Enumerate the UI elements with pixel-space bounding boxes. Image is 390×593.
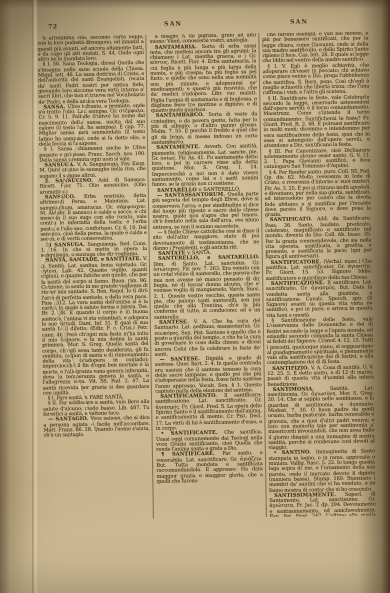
dictionary-entry: SANTIFICATORE. (Verbal. masc.) Che santi…: [266, 259, 373, 282]
dictionary-entry: SANSUCO. Erba nostrale, detta altrimenti…: [40, 194, 147, 243]
dictionary-entry: SANTIFICAMENTO. Il santificare; santific…: [155, 393, 262, 432]
headword: SANTIMONIA.: [273, 386, 330, 393]
headword: SANTAMARIA.: [155, 44, 202, 51]
page-number: 72: [48, 23, 57, 30]
headword: SANTIFICATO.: [270, 217, 317, 224]
headword: — SANTASSANTORUM.: [157, 192, 227, 199]
scanned-page: 72 SAN SAN ti arrendibili che, secondo c…: [0, 0, 390, 593]
headword: — SANTAGIO.: [48, 416, 90, 423]
headword: 2) SANSUGA.: [46, 241, 88, 248]
headword: SANTAMBARCO.: [156, 112, 209, 119]
headword: SANTERELLO, e SANTARELLO.: [158, 255, 259, 263]
text-column-1: ti arrendibili che, secondo certa legge,…: [34, 35, 153, 521]
headword: 2. SANSUCINO.: [45, 178, 99, 185]
dictionary-entry: • SANTINO. Immaginetta di Santo stampata…: [269, 450, 376, 494]
dictionary-entry: SANTAMARIA. Sorta di erba assai nota, ch…: [150, 44, 257, 115]
dictionary-entry: — SANTASSANTORUM. Quella parte più segre…: [152, 192, 259, 231]
dictionary-entry: SANTIFIZIO. V. A. Cosa di santità. G. V.…: [267, 365, 374, 388]
text-column-2: a disagio A tal pigrizia, grido ad alto …: [146, 33, 266, 519]
dictionary-entry: SANTIFICAZIONE. Il santificare. Lat. san…: [266, 280, 373, 319]
headword: SANSUCO.: [45, 194, 84, 201]
dictionary-entry: SANTIFICATO. Add. da Santificare. Pass. …: [265, 217, 372, 261]
text-column-3: che furono esempli, e vati nel mondo, e …: [258, 31, 378, 517]
headword: SANTIFICAMENTO.: [160, 393, 224, 400]
headword: SANTIFICATORE.: [271, 259, 324, 266]
dictionary-entry: ti arrendibili che, secondo certa legge,…: [37, 35, 144, 63]
headword: SANTISSIMAMENTE.: [274, 492, 345, 499]
headword: • SANTIFICANTE.: [161, 430, 224, 437]
headword: SANTÀ, SANTADE, e SANTITATE.: [46, 256, 143, 264]
dictionary-entry: — § Nelle Chiese cattoliche così si diss…: [153, 229, 260, 252]
headword: SANTIFICAZIONE.: [271, 280, 328, 287]
headword: SANSA.: [43, 104, 67, 110]
dictionary-entry: § 4. Per Render santo, puro. Coll. SS. P…: [264, 169, 371, 218]
dictionary-entry: § I. V. Egli è meglio schiavitù, che ado…: [262, 63, 369, 96]
dictionary-entry: SANTAMENTE. Avverb. Con santità, piament…: [151, 144, 258, 188]
running-head-left: SAN: [164, 20, 182, 27]
headword: SANSUGA.: [44, 162, 77, 169]
text-columns: ti arrendibili che, secondo certa legge,…: [34, 31, 378, 520]
dictionary-entry: SANTESE. V. A. Che ha cura del Santuario…: [154, 319, 261, 358]
dictionary-entry: — SANTESE. Dignità e grado di santese. Q…: [155, 356, 262, 395]
headword: ¶ SANTIFICARE.: [161, 451, 222, 458]
scanned-book-photo: { "page": { "number": "72", "heads": ["S…: [0, 0, 390, 593]
dictionary-entry: SANSA. Ulive infrante, e premute, onde s…: [38, 104, 145, 148]
running-header: 72 SAN SAN: [34, 17, 370, 32]
dictionary-entry: § III. Per Canonizzare, cioè Dichiarare …: [264, 148, 371, 171]
dictionary-entry: SANTISSIMAMENTE. Superl. di Santamente. …: [269, 492, 376, 517]
headword: — SANTESE.: [160, 356, 206, 363]
dictionary-entry: ¶ SANTIFICARE. Far santo, e venerabile. …: [156, 452, 263, 485]
running-head-right: SAN: [290, 18, 308, 25]
dictionary-entry: § II. Santificare le feste, vale Celebra…: [263, 95, 370, 150]
dictionary-entry: che furono esempli, e vati nel mondo, e …: [262, 31, 369, 64]
dictionary-entry: § I. 58. Sana Teologia, dicesi Quella ch…: [38, 61, 145, 105]
dictionary-entry: SANTERELLO, e SANTARELLO. Dim. di Santo.…: [153, 256, 260, 321]
dictionary-entry: § Santificazione delle feste, vale L'oss…: [266, 317, 373, 366]
headword: SANTESE.: [159, 319, 194, 326]
dictionary-entry: SANTAMBARCO. Sorta di veste da contadino…: [151, 113, 258, 146]
page-content: 72 SAN SAN ti arrendibili che, secondo c…: [34, 17, 378, 520]
dictionary-entry: — SANTAGIO. Voce sanese, che si dice a p…: [43, 416, 150, 439]
dictionary-entry: SANTIMONIA. Santità. Lat. sanctimonia. G…: [268, 386, 375, 451]
headword: • SANTINO.: [274, 450, 316, 457]
dictionary-entry: SANTÀ, SANTADE, e SANTITATE. V. A. Sanit…: [41, 257, 149, 396]
headword: SANTAMENTE.: [156, 144, 204, 151]
headword: SANTIFIZIO.: [272, 365, 311, 372]
